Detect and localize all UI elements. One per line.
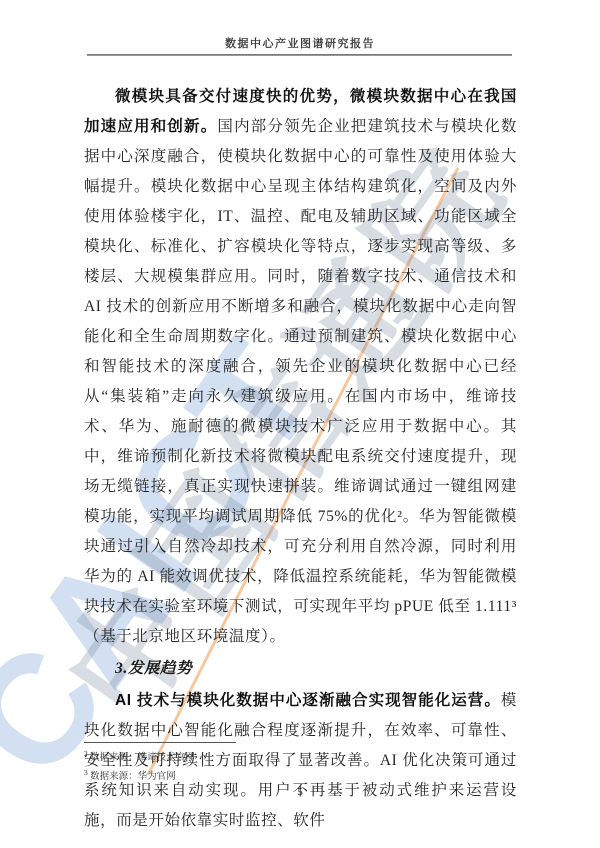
section-heading-trends: 3.发展趋势 xyxy=(84,654,517,684)
footnote-divider xyxy=(84,742,236,743)
footnote-huawei-text: 数据来源：华为官网 xyxy=(90,772,176,782)
paragraph-ai-fusion-lead: AI 技术与模块化数据中心逐渐融合实现智能化运营。 xyxy=(115,692,501,709)
footnotes-section: 2 数据来源：维谛技术官网 3 数据来源：华为官网 xyxy=(84,742,517,784)
body-content: 微模块具备交付速度快的优势，微模块数据中心在我国加速应用和创新。国内部分领先企业… xyxy=(84,82,517,836)
report-header-title: 数据中心产业图谱研究报告 xyxy=(0,35,600,51)
paragraph-micromodule: 微模块具备交付速度快的优势，微模块数据中心在我国加速应用和创新。国内部分领先企业… xyxy=(84,82,517,652)
paragraph-micromodule-body: 国内部分领先企业把建筑技术与模块化数据中心深度融合，使模块化数据中心的可靠性及使… xyxy=(84,118,517,645)
footnote-huawei-marker: 3 xyxy=(84,768,88,777)
page-number: 5 xyxy=(0,786,600,798)
footnote-vertiv: 2 数据来源：维谛技术官网 xyxy=(84,747,517,766)
footnote-huawei: 3 数据来源：华为官网 xyxy=(84,766,517,785)
document-page: CAICT 中国信通院 数据中心产业图谱研究报告 微模块具备交付速度快的优势，微… xyxy=(0,0,600,848)
footnote-vertiv-marker: 2 xyxy=(84,749,88,758)
footnote-vertiv-text: 数据来源：维谛技术官网 xyxy=(90,753,195,763)
header-rule xyxy=(87,54,512,56)
